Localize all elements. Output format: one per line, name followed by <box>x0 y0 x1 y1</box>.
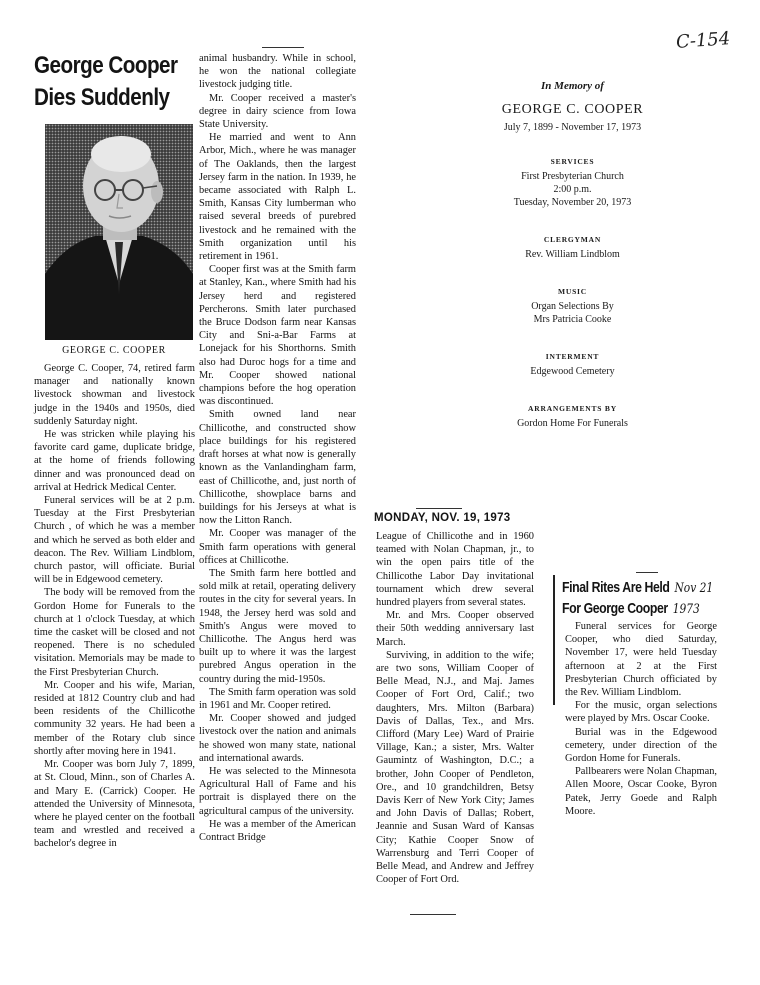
archive-note: C-154 <box>675 28 731 53</box>
section-line: Tuesday, November 20, 1973 <box>470 196 675 209</box>
paragraph: Funeral services will be at 2 p.m. Tuesd… <box>34 494 195 586</box>
photo-caption: GEORGE C. COOPER <box>34 345 194 356</box>
paragraph: He was selected to the Minnesota Agricul… <box>199 765 356 818</box>
section-interment: INTERMENT Edgewood Cemetery <box>470 352 675 378</box>
paragraph: Surviving, in addition to the wife; are … <box>376 649 534 887</box>
paragraph: Mr. Cooper and his wife, Marian, resided… <box>34 679 195 758</box>
paragraph: Burial was in the Edgewood cemetery, und… <box>565 726 717 766</box>
section-heading: SERVICES <box>470 157 675 166</box>
in-memory-of: In Memory of <box>470 80 675 92</box>
clipping-border <box>553 575 555 705</box>
paragraph: Mr. Cooper was born July 7, 1899, at St.… <box>34 758 195 850</box>
section-heading: CLERGYMAN <box>470 235 675 244</box>
section-line: Rev. William Lindblom <box>470 248 675 261</box>
column-rule <box>262 47 304 48</box>
column-rule <box>636 572 658 573</box>
handwritten-date: Nov 21 <box>674 581 713 596</box>
paragraph: Smith owned land near Chillicothe, and c… <box>199 408 356 527</box>
paragraph: The body will be removed from the Gordon… <box>34 586 195 678</box>
column-rule <box>410 914 456 915</box>
section-heading: ARRANGEMENTS BY <box>470 404 675 413</box>
section-line: Gordon Home For Funerals <box>470 417 675 430</box>
final-rites-headline: Final Rites Are HeldNov 21 For George Co… <box>562 578 718 620</box>
section-music: MUSIC Organ Selections By Mrs Patricia C… <box>470 287 675 326</box>
section-heading: INTERMENT <box>470 352 675 361</box>
paragraph: George C. Cooper, 74, retired farm manag… <box>34 362 195 428</box>
paragraph: Funeral services for George Cooper, who … <box>565 620 717 699</box>
headline-line-1: Final Rites Are Held <box>562 579 670 596</box>
memorial-dates: July 7, 1899 - November 17, 1973 <box>470 122 675 133</box>
portrait-photo <box>45 124 193 340</box>
obituary-column-middle: animal husbandry. While in school, he wo… <box>199 52 356 844</box>
headline-line-2: Dies Suddenly <box>34 82 172 114</box>
paragraph: Mr. and Mrs. Cooper observed their 50th … <box>376 609 534 649</box>
memorial-name: GEORGE C. COOPER <box>470 102 675 118</box>
paragraph: Mr. Cooper was manager of the Smith farm… <box>199 527 356 567</box>
section-line: Mrs Patricia Cooke <box>470 313 675 326</box>
handwritten-year: 1973 <box>673 602 700 617</box>
paragraph: League of Chillicothe and in 1960 teamed… <box>376 530 534 609</box>
obituary-column-left: George C. Cooper, 74, retired farm manag… <box>34 362 195 851</box>
paragraph: Mr. Cooper received a master's degree in… <box>199 92 356 132</box>
paragraph: He was stricken while playing his favori… <box>34 428 195 494</box>
paragraph: He married and went to Ann Arbor, Mich.,… <box>199 131 356 263</box>
obituary-headline: George Cooper Dies Suddenly <box>34 50 172 114</box>
section-line: First Presbyterian Church <box>470 170 675 183</box>
headline-line-2: For George Cooper <box>562 600 668 617</box>
paragraph: For the music, organ selections were pla… <box>565 699 717 725</box>
continuation-column: League of Chillicothe and in 1960 teamed… <box>376 530 534 886</box>
paragraph: animal husbandry. While in school, he wo… <box>199 52 356 92</box>
section-arrangements: ARRANGEMENTS BY Gordon Home For Funerals <box>470 404 675 430</box>
paragraph: Mr. Cooper showed and judged livestock o… <box>199 712 356 765</box>
final-rites-column: Funeral services for George Cooper, who … <box>565 620 717 818</box>
paragraph: Pallbearers were Nolan Chapman, Allen Mo… <box>565 765 717 818</box>
section-heading: MUSIC <box>470 287 675 296</box>
section-services: SERVICES First Presbyterian Church 2:00 … <box>470 157 675 209</box>
column-rule <box>416 508 462 509</box>
paragraph: The Smith farm here bottled and sold mil… <box>199 567 356 686</box>
paragraph: Cooper first was at the Smith farm at St… <box>199 263 356 408</box>
section-line: Edgewood Cemetery <box>470 365 675 378</box>
paragraph: He was a member of the American Contract… <box>199 818 356 844</box>
section-line: 2:00 p.m. <box>470 183 675 196</box>
section-line: Organ Selections By <box>470 300 675 313</box>
headline-line-1: George Cooper <box>34 50 172 82</box>
section-clergyman: CLERGYMAN Rev. William Lindblom <box>470 235 675 261</box>
dateline: MONDAY, NOV. 19, 1973 <box>374 512 511 524</box>
portrait-image <box>45 124 193 340</box>
memorial-card: In Memory of GEORGE C. COOPER July 7, 18… <box>470 80 675 430</box>
paragraph: The Smith farm operation was sold in 196… <box>199 686 356 712</box>
